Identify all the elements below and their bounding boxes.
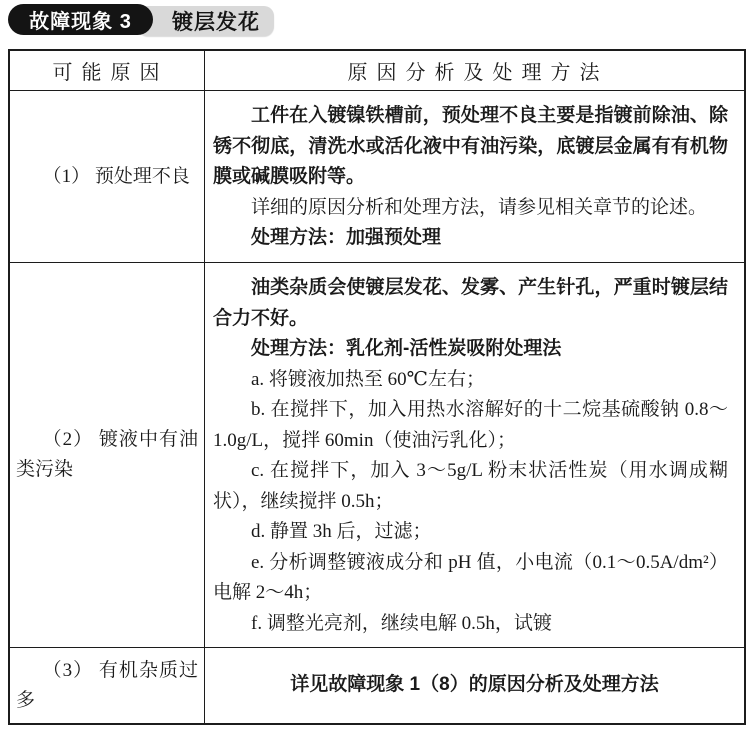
paragraph: 详见故障现象 1（8）的原因分析及处理方法 xyxy=(215,670,734,701)
analysis-cell-2: 油类杂质会使镀层发花、发雾、产生针孔，严重时镀层结合力不好。处理方法：乳化剂-活… xyxy=(205,263,744,648)
paragraph: d. 静置 3h 后，过滤； xyxy=(213,517,728,548)
troubleshooting-table: 可 能 原 因 原 因 分 析 及 处 理 方 法 （1） 预处理不良 工件在入… xyxy=(8,49,746,725)
paragraph: c. 在搅拌下，加入 3～5g/L 粉末状活性炭（用水调成糊状），继续搅拌 0.… xyxy=(213,456,728,517)
paragraph: 油类杂质会使镀层发花、发雾、产生针孔，严重时镀层结合力不好。 xyxy=(213,273,728,334)
fault-number-label: 故障现象 3 xyxy=(29,5,132,34)
analysis-cell-3: 详见故障现象 1（8）的原因分析及处理方法 xyxy=(205,648,744,723)
paragraph: 工件在入镀镍铁槽前，预处理不良主要是指镀前除油、除锈不彻底，清洗水或活化液中有油… xyxy=(213,101,728,193)
paragraph: 处理方法：乳化剂-活性炭吸附处理法 xyxy=(213,334,728,365)
paragraph: 处理方法：加强预处理 xyxy=(213,223,728,254)
cause-text-3: （3） 有机杂质过多 xyxy=(10,656,204,716)
cause-cell-1: （1） 预处理不良 xyxy=(10,91,205,263)
cause-text-2: （2） 镀液中有油类污染 xyxy=(10,425,204,485)
column-header-analysis-treatment: 原 因 分 析 及 处 理 方 法 xyxy=(205,51,744,91)
paragraph: a. 将镀液加热至 60℃左右； xyxy=(213,365,728,396)
cause-cell-3: （3） 有机杂质过多 xyxy=(10,648,205,723)
cause-text-1: （1） 预处理不良 xyxy=(10,162,204,192)
section-header: 镀层发花 故障现象 3 xyxy=(0,0,754,46)
cause-cell-2: （2） 镀液中有油类污染 xyxy=(10,263,205,648)
fault-name-tag: 镀层发花 xyxy=(138,6,274,36)
paragraph: e. 分析调整镀液成分和 pH 值，小电流（0.1～0.5A/dm²）电解 2～… xyxy=(213,548,728,609)
column-header-possible-cause: 可 能 原 因 xyxy=(10,51,205,91)
paragraph: f. 调整光亮剂，继续电解 0.5h，试镀 xyxy=(213,609,728,640)
fault-name-label: 镀层发花 xyxy=(172,6,260,36)
paragraph: b. 在搅拌下，加入用热水溶解好的十二烷基硫酸钠 0.8～1.0g/L，搅拌 6… xyxy=(213,395,728,456)
scanned-document-page: 镀层发花 故障现象 3 可 能 原 因 原 因 分 析 及 处 理 方 法 （1… xyxy=(0,0,754,730)
paragraph: 详细的原因分析和处理方法，请参见相关章节的论述。 xyxy=(213,193,728,224)
fault-number-badge: 故障现象 3 xyxy=(8,4,153,35)
analysis-cell-1: 工件在入镀镍铁槽前，预处理不良主要是指镀前除油、除锈不彻底，清洗水或活化液中有油… xyxy=(205,91,744,263)
